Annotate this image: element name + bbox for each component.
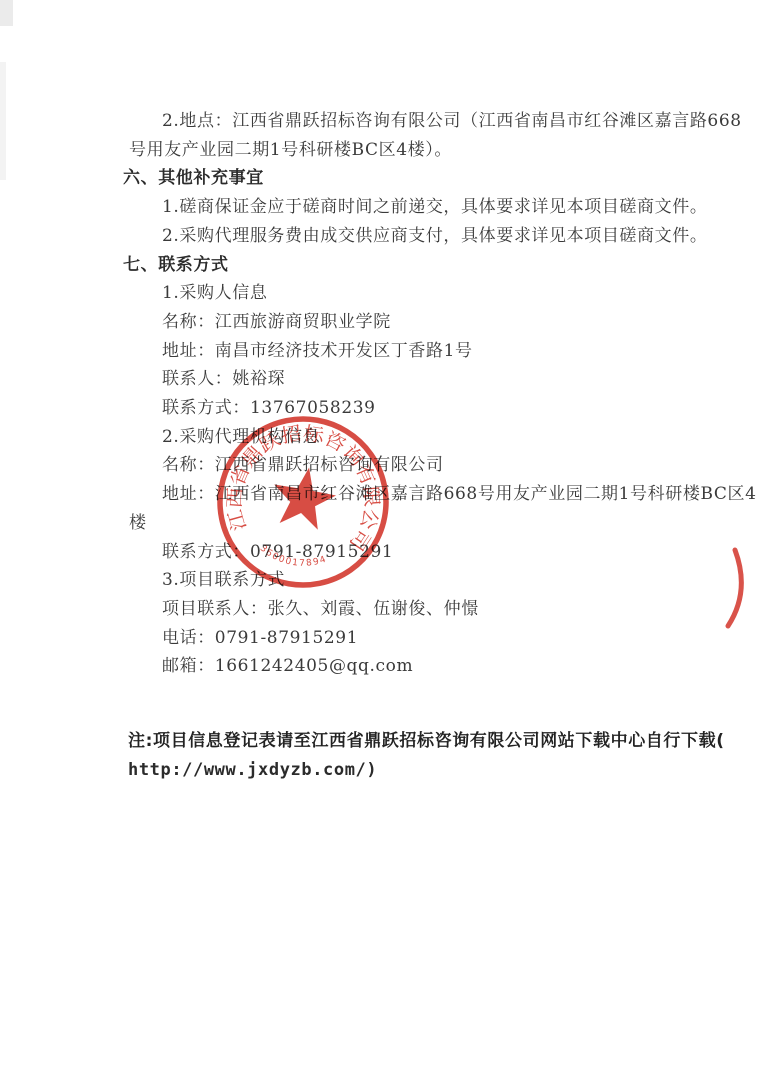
location-line-2: 号用友产业园二期1号科研楼BC区4楼）。 xyxy=(123,136,663,165)
star-icon xyxy=(268,462,340,532)
agency-address-line-2: 楼 xyxy=(123,509,663,538)
purchaser-title: 1.采购人信息 xyxy=(123,279,663,308)
purchaser-name: 名称：江西旅游商贸职业学院 xyxy=(123,308,663,337)
partial-seal-arc xyxy=(714,542,756,634)
download-note-url: http://www.jxdyzb.com/) xyxy=(123,756,663,785)
document-page: 2.地点：江西省鼎跃招标咨询有限公司（江西省南昌市红谷滩区嘉言路668 号用友产… xyxy=(0,0,759,1076)
download-note-text: 注:项目信息登记表请至江西省鼎跃招标咨询有限公司网站下载中心自行下载( xyxy=(123,727,663,756)
project-email: 邮箱：1661242405@qq.com xyxy=(123,652,663,681)
section-six-item-1: 1.磋商保证金应于磋商时间之前递交，具体要求详见本项目磋商文件。 xyxy=(123,193,663,222)
project-phone: 电话：0791-87915291 xyxy=(123,624,663,653)
section-six-item-2: 2.采购代理服务费由成交供应商支付，具体要求详见本项目磋商文件。 xyxy=(123,222,663,251)
scan-artifact-strip xyxy=(0,62,6,180)
purchaser-contact-number: 联系方式：13767058239 xyxy=(123,394,663,423)
section-six-heading: 六、其他补充事宜 xyxy=(123,164,663,193)
seal-serial-text: 3600017894 xyxy=(256,543,330,574)
scan-artifact-corner xyxy=(0,0,13,26)
partial-seal-arc-graphic xyxy=(714,542,756,634)
official-seal: 江西省鼎跃招标咨询有限公司 3600017894 xyxy=(199,398,408,607)
official-seal-graphic: 江西省鼎跃招标咨询有限公司 3600017894 xyxy=(199,398,408,607)
location-line-1: 2.地点：江西省鼎跃招标咨询有限公司（江西省南昌市红谷滩区嘉言路668 xyxy=(123,107,663,136)
purchaser-address: 地址：南昌市经济技术开发区丁香路1号 xyxy=(123,337,663,366)
partial-seal-stroke xyxy=(728,550,741,626)
project-contacts: 项目联系人：张久、刘霞、伍谢俊、仲憬 xyxy=(123,595,663,624)
download-note: 注:项目信息登记表请至江西省鼎跃招标咨询有限公司网站下载中心自行下载( http… xyxy=(123,727,663,784)
section-seven-heading: 七、联系方式 xyxy=(123,251,663,280)
purchaser-contact-person: 联系人：姚裕琛 xyxy=(123,365,663,394)
